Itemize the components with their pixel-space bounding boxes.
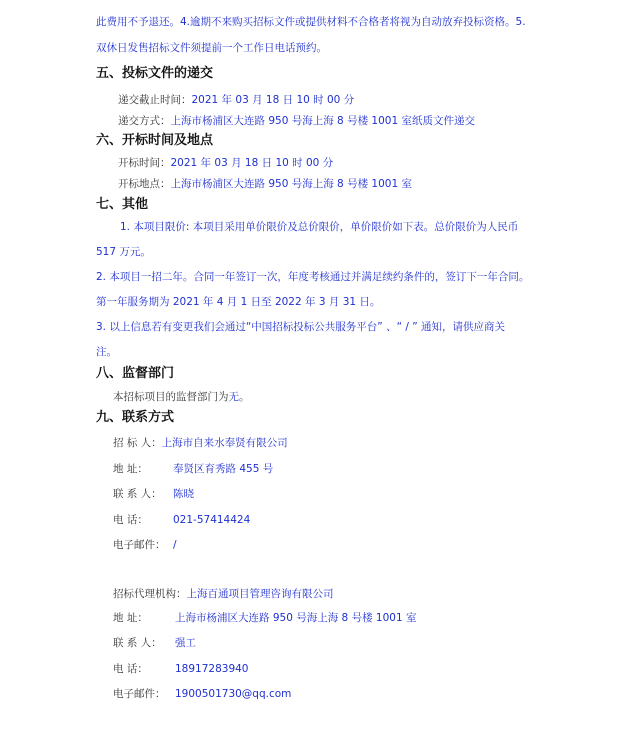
tenderer-address: 地 址：奉贤区育秀路 455 号 (113, 462, 273, 476)
tenderer-contact-label: 联 系 人： (113, 487, 173, 501)
section-9-heading: 九、联系方式 (96, 410, 174, 426)
section-5-heading: 五、投标文件的递交 (96, 66, 213, 82)
supervision-value: 无 (229, 391, 240, 403)
agency-phone: 电 话：18917283940 (113, 662, 249, 676)
agency-email-value[interactable]: 1900501730@qq.com (175, 688, 291, 700)
other-item-1-line-2: 517 万元。 (96, 245, 151, 259)
agency-email: 电子邮件：1900501730@qq.com (113, 687, 291, 701)
agency-address: 地 址：上海市杨浦区大连路 950 号海上海 8 号楼 1001 室 (113, 611, 416, 625)
intro-line-1: 此费用不予退还。4.逾期不来购买招标文件或提供材料不合格者将视为自动放弃投标资格… (96, 15, 526, 29)
submission-deadline: 递交截止时间：2021 年 03 月 18 日 10 时 00 分 (118, 93, 354, 107)
agency-name: 招标代理机构：上海百通项目管理咨询有限公司 (113, 587, 334, 601)
other-item-3-line-1: 3. 以上信息若有变更我们会通过“中国招标投标公共服务平台” 、“ / ” 通知… (96, 320, 505, 334)
agency-email-label: 电子邮件： (113, 687, 175, 701)
supervision-text: 本招标项目的监督部门为无。 (113, 390, 250, 404)
agency-contact: 联 系 人：强工 (113, 636, 196, 650)
tenderer-name-label: 招 标 人： (113, 436, 162, 450)
section-7-heading: 七、其他 (96, 197, 148, 213)
tenderer-address-label: 地 址： (113, 462, 173, 476)
tenderer-contact: 联 系 人：陈晓 (113, 487, 194, 501)
opening-place-value: 上海市杨浦区大连路 950 号海上海 8 号楼 1001 室 (171, 178, 412, 190)
tenderer-contact-value: 陈晓 (173, 488, 194, 500)
agency-contact-value: 强工 (175, 637, 196, 649)
other-item-3-line-2: 注。 (96, 345, 117, 359)
agency-phone-label: 电 话： (113, 662, 175, 676)
agency-phone-value: 18917283940 (175, 663, 249, 675)
opening-place: 开标地点：上海市杨浦区大连路 950 号海上海 8 号楼 1001 室 (118, 177, 412, 191)
tenderer-email-value: / (173, 539, 177, 551)
tenderer-phone: 电 话：021-57414424 (113, 513, 250, 527)
other-item-1-line-1: 1. 本项目限价: 本项目采用单价限价及总价限价，单价限价如下表。总价限价为人民… (120, 220, 518, 234)
submission-method: 递交方式：上海市杨浦区大连路 950 号海上海 8 号楼 1001 室纸质文件递… (118, 114, 475, 128)
supervision-prefix: 本招标项目的监督部门为 (113, 390, 229, 404)
intro-line-2: 双休日发售招标文件须提前一个工作日电话预约。 (96, 41, 327, 55)
submission-method-label: 递交方式： (118, 114, 171, 128)
tenderer-address-value: 奉贤区育秀路 455 号 (173, 463, 273, 475)
other-item-2-line-1: 2. 本项目一招二年。合同一年签订一次，年度考核通过并满足续约条件的，签订下一年… (96, 270, 529, 284)
tenderer-name: 招 标 人：上海市自来水奉贤有限公司 (113, 436, 288, 450)
section-6-heading: 六、开标时间及地点 (96, 133, 213, 149)
opening-time-label: 开标时间： (118, 156, 171, 170)
submission-deadline-label: 递交截止时间： (118, 93, 192, 107)
agency-address-value: 上海市杨浦区大连路 950 号海上海 8 号楼 1001 室 (175, 612, 416, 624)
submission-method-value: 上海市杨浦区大连路 950 号海上海 8 号楼 1001 室纸质文件递交 (171, 115, 475, 127)
other-item-2-line-2: 第一年服务期为 2021 年 4 月 1 日至 2022 年 3 月 31 日。 (96, 295, 380, 309)
tenderer-phone-value: 021-57414424 (173, 514, 250, 526)
agency-contact-label: 联 系 人： (113, 636, 175, 650)
tenderer-email: 电子邮件：/ (113, 538, 177, 552)
agency-address-label: 地 址： (113, 611, 175, 625)
tenderer-email-label: 电子邮件： (113, 538, 173, 552)
section-8-heading: 八、监督部门 (96, 366, 174, 382)
opening-time: 开标时间：2021 年 03 月 18 日 10 时 00 分 (118, 156, 333, 170)
agency-name-value: 上海百通项目管理咨询有限公司 (187, 588, 334, 600)
submission-deadline-value: 2021 年 03 月 18 日 10 时 00 分 (192, 94, 355, 106)
agency-name-label: 招标代理机构： (113, 587, 187, 601)
tenderer-phone-label: 电 话： (113, 513, 173, 527)
opening-place-label: 开标地点： (118, 177, 171, 191)
supervision-suffix: 。 (239, 390, 250, 404)
tenderer-name-value: 上海市自来水奉贤有限公司 (162, 437, 288, 449)
opening-time-value: 2021 年 03 月 18 日 10 时 00 分 (171, 157, 334, 169)
